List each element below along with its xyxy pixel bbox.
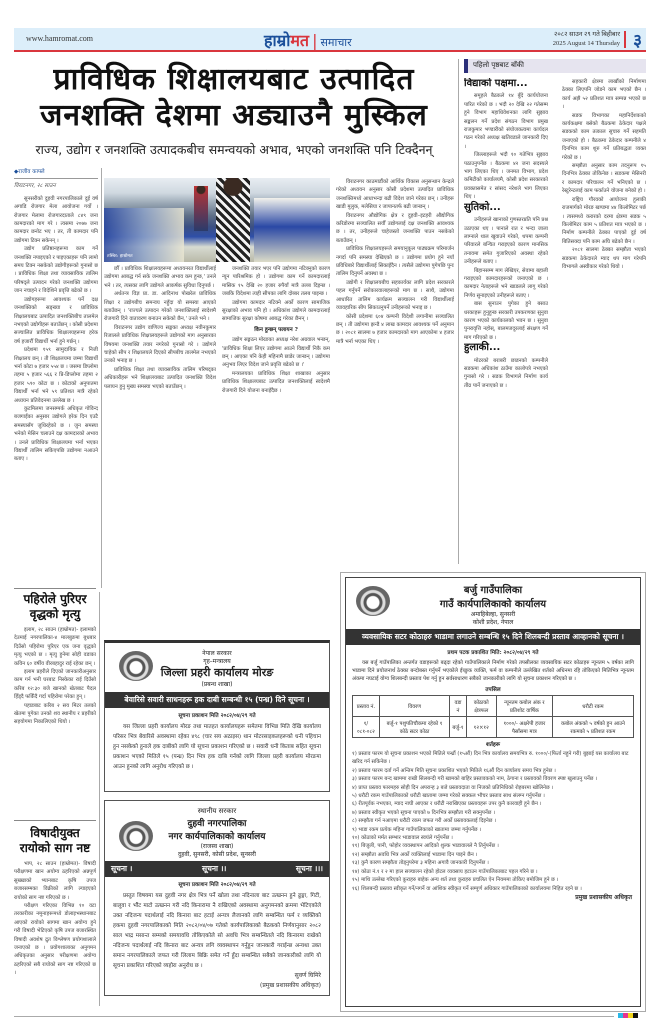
column-header: प्रस्ताव नं.	[353, 696, 380, 717]
paragraph: प्राविधिक शिक्षा तथा व्यावसायिक तालिम पर…	[104, 366, 216, 391]
newspaper-logo: हाम्रोमत|समाचार	[264, 29, 352, 51]
table-cell: बर्जु-१	[450, 717, 466, 738]
paragraph: सहकारी क्षेत्रमा लाखौंको निर्माणमा ठेक्क…	[562, 78, 646, 112]
paragraph: विराटनगर औद्योगिक क्षेत्र र दुहवी–इटहरी …	[336, 212, 454, 246]
condition-item: ९) भाडा रकम प्रत्येक महिना गाउँपालिकाको …	[352, 826, 634, 834]
lead-story-column-1: राजीव काफ्ले विराटनगर, २८ साउन सुनसरीको …	[14, 168, 98, 588]
jump-story-title: सुतिको...	[464, 204, 548, 212]
table-row: १/ ०८१-०८२ बर्जु-१ पशुपतिचौकमा रहेको १ क…	[353, 717, 634, 738]
issuer-address: दुहवी, सुनसरी, कोसी प्रदेश, सुनसरी	[105, 850, 329, 858]
paragraph: सडक विभागका महानिर्देशकको कार्यकक्षमा बस…	[562, 112, 646, 162]
print-registration-mark-black	[633, 1013, 638, 1018]
paragraph: उद्योगमा कामदार नटिक्ने अर्को कारण सामाज…	[222, 299, 330, 324]
paragraph: जिल्लाहरूले भदौ १० गतेभित्र सुझाव पठाउनु…	[464, 151, 548, 201]
notice-label: सूचना ।।	[202, 864, 226, 874]
paragraph: परीक्षण गरिएका विभिन्न १० वटा तरकारीका न…	[14, 902, 96, 978]
paragraph: उद्योगी र शिक्षालयबीच सहकार्यका लागि प्र…	[336, 279, 454, 313]
paragraph: उनीहरूले खानाको गुणस्तरप्रति पनि प्रश्न …	[464, 216, 548, 266]
notice-header: बर्जु गाउँपालिका गाउँ कार्यपालिकाको कार्…	[346, 582, 640, 626]
condition-item: ५) धरौटी रकम गाउँपालिकाको धरौटी खातामा ज…	[352, 792, 634, 800]
condition-item: १०) कोठाको मर्मत सम्भार भाडावाल स्वयंले …	[352, 834, 634, 842]
column-header: वडा नं	[450, 696, 466, 717]
notice-body: यस बर्जु गाउँपालिका अन्तर्गत वडाहरूको बढ…	[346, 659, 640, 683]
column-header: न्यूनतम कबोल अंक र प्रतिशोट वार्षिक	[496, 696, 552, 717]
worker-figure-background	[194, 186, 208, 231]
lead-story-column-2: छौँ । प्राविधिक शिक्षालयहरूमा अध्ययनरत व…	[104, 265, 216, 565]
brief-title: विषादीयुक्त रायोको साग नष्ट	[14, 826, 96, 856]
logo-separator: |	[312, 31, 317, 50]
condition-item: १६) शिलबन्दी प्रस्ताव स्वीकृत गर्ने/नगर्…	[352, 885, 634, 893]
lead-photo-factory-workers: तस्बिर: हाम्रोमत	[104, 178, 330, 262]
publication-date: सूचना प्रकाशन मिति २०८२/०४/२९ गते	[105, 711, 329, 719]
barju-rural-municipality-notice: बर्जु गाउँपालिका गाउँ कार्यपालिकाको कार्…	[340, 572, 646, 1012]
logo-part-1: हाम्रो	[264, 31, 290, 50]
footer-rule	[14, 1016, 614, 1017]
date-english: 2025 August 14 Thursday	[553, 39, 620, 48]
headline-line-2: जनशक्ति देशमा अड्याउनै मुस्किल	[14, 98, 454, 134]
section-label: पहिलो पृष्ठबाट बाँकी	[473, 61, 524, 70]
condition-item: ११) बिजुली, पानी, फोहोर व्यवस्थापन आदिको…	[352, 842, 634, 850]
nepal-emblem-icon	[356, 586, 390, 616]
table-caption: तपसिल	[346, 685, 640, 693]
lead-story-column-3: जनशक्ति तयार भएर पनि उद्योगमा नटिक्नुको …	[222, 265, 330, 565]
paragraph: राष्ट्रिय गौरवको आयोजना हुलाकी राजमार्गक…	[562, 196, 646, 246]
paragraph: २०८१ सालमा ठेक्का सम्झौता भएको सडकमा ठेक…	[562, 246, 646, 271]
column-divider	[99, 592, 100, 1006]
paragraph: कुटमिलमा जनसम्पर्क अधिकृत गोविन्द बजगाईं…	[14, 405, 98, 464]
paragraph: विराटनगर काठमाडौंको आर्थिक विकास अनुसन्ध…	[336, 178, 454, 212]
paragraph: इलाम प्रहरीले दिएको जानकारीअनुसार काम गर…	[14, 668, 96, 702]
condition-item: १३) कुनै कारण सम्झौता तोड्नुपरेमा ३ महिन…	[352, 859, 634, 867]
paragraph: सुनसरीको दुहवी नगरपालिकाले दुई वर्ष अगाड…	[14, 195, 98, 245]
police-notice: नेपाल सरकार गृह–मन्त्रालय जिल्ला प्रहरी …	[104, 640, 330, 792]
shutter-rooms-table: प्रस्ताव नं. विवरण वडा नं कोठाको क्षेत्र…	[352, 695, 634, 738]
section-name: समाचार	[320, 36, 351, 49]
condition-item: ४) प्राप्त प्रस्ताव फारमहरु सोही दिन अपर…	[352, 784, 634, 792]
section-divider	[14, 588, 96, 589]
paragraph: कोसी प्रदेशमा ६०४ कम्पनी विदेशी लगानीमा …	[336, 313, 454, 347]
table-cell: कबोल अंकको ५ वर्षको हुन आउने रकमको ५ प्र…	[552, 717, 633, 738]
signatory-title: प्रमुख प्रशासकीय अधिकृत	[346, 893, 640, 903]
issuer-line: स्थानीय सरकार	[105, 807, 329, 816]
condition-item: ७) प्रस्ताव स्वीकृत भएको सूचना पाएको ७ द…	[352, 809, 634, 817]
lead-subheadline: राज्य, उद्योग र जनशक्ति उत्पादकबीच समन्व…	[14, 141, 454, 158]
condition-item: १५) माथि उल्लेख गरिएको कुराहरु बाहेक अन्…	[352, 876, 634, 884]
notice-body: यस जिल्ला प्रहरी कार्यालय मोरङ तथा मातहत…	[105, 722, 329, 772]
paragraph: उद्योगहरूमा आवश्यक पर्ने दक्ष जनशक्तिको …	[14, 296, 98, 346]
worker-figure-foreground	[216, 178, 250, 262]
issuer-name: बर्जु गाउँपालिका	[346, 582, 640, 596]
paragraph: भाप, २८ साउन (हाम्रोमत)- विषादी परीक्षणम…	[14, 860, 96, 902]
nepal-emblem-icon	[119, 821, 153, 851]
paragraph: मन्त्रालयका प्राविधिक शिक्षा शाखाका अनुस…	[222, 370, 330, 395]
table-cell: १२×१२	[466, 717, 496, 738]
paragraph: छौँ । प्राविधिक शिक्षालयहरूमा अध्ययनरत व…	[104, 265, 216, 290]
table-header-row: प्रस्ताव नं. विवरण वडा नं कोठाको क्षेत्र…	[353, 696, 634, 717]
column-header: विवरण	[379, 696, 449, 717]
paragraph: बिहानसम्म माग लेखिएर, सेवामा बहाली गराइए…	[464, 267, 548, 301]
section-divider	[14, 820, 96, 821]
condition-item: ३) प्रस्ताव फारम बन्द खाममा राखी सिलबन्द…	[352, 775, 634, 783]
jump-story-title: हुलाकी...	[464, 344, 548, 352]
notice-frame: बर्जु गाउँपालिका गाउँ कार्यपालिकाको कार्…	[345, 577, 641, 1007]
byline: राजीव काफ्ले	[14, 168, 98, 179]
date-nepali: २०८२ साउन २९ गते बिहीबार	[553, 30, 620, 39]
condition-item: ८) सम्झौता गर्न नआएमा धरौटी रकम जफत गरी …	[352, 817, 634, 825]
signature-block: सुवर्ण घिमिरे (प्रमुख प्रशासकीय अधिकृत)	[105, 971, 329, 991]
brief-pesticide-greens: विषादीयुक्त रायोको साग नष्ट भाप, २८ साउन…	[14, 826, 96, 1006]
notice-title-band: व्यवसायिक सटर कोठाहरु भाडामा लगाउने सम्ब…	[346, 629, 640, 645]
condition-item: १२) सम्झौता अवधि भित्र अर्को व्यक्तिलाई …	[352, 851, 634, 859]
brief-title: पहिरोले पुरिएर वृद्धको मृत्यु	[14, 592, 96, 622]
conditions-title: शर्तहरू	[346, 740, 640, 748]
paragraph: मोटरको बराबरी छाडनको कम्पनीले सडकमा अधिक…	[464, 357, 548, 391]
issuer-address: अमाहिबेल्हा, सुनसरी	[346, 610, 640, 618]
jump-story-title: विद्याको पक्षमा...	[464, 80, 548, 88]
paragraph: बास सुनाउन पुगेका हुने बसाउ धरकाहरू हुनु…	[464, 300, 548, 342]
nepal-emblem-icon	[119, 651, 153, 681]
lead-headline: प्राविधिक शिक्षालयबाट उत्पादित जनशक्ति द…	[14, 62, 454, 134]
notice-body: प्रस्तुत विषयमा यस दुहवी नगर क्षेत्र भित…	[105, 891, 329, 971]
paragraph: प्राविधिक शिक्षालयहरूले समयानुकूल पाठ्यक…	[336, 245, 454, 279]
condition-item: ६) रीतपूर्वक नभएका, म्याद नाघी आएका र धर…	[352, 800, 634, 808]
paragraph: विराटनगर उद्योग वाणिज्य सङ्घका अध्यक्ष न…	[104, 324, 216, 366]
condition-item: २) प्रस्ताव फारम दर्ता गर्ने अन्तिम मिति…	[352, 767, 634, 775]
issue-date: २०८२ साउन २९ गते बिहीबार 2025 August 14 …	[553, 30, 620, 48]
condition-item: १) प्रस्ताव फारम यो सूचना प्रकाशन भएको म…	[352, 750, 634, 767]
issuer-branch: (प्रबन्ध शाखा)	[105, 680, 329, 688]
photo-credit: तस्बिर: हाम्रोमत	[107, 253, 133, 259]
column-header: कोठाको क्षेत्रफल	[466, 696, 496, 717]
paragraph: इलाम, २८ साउन (हाम्रोमत)- इलामको देउमाई …	[14, 626, 96, 668]
headline-line-1: प्राविधिक शिक्षालयबाट उत्पादित	[14, 62, 454, 98]
table-cell: १/ ०८१-०८२	[353, 717, 380, 738]
paragraph: उद्योग सङ्गठन मोरङका अध्यक्ष नरेश अग्रवा…	[222, 336, 330, 370]
column-divider	[458, 59, 459, 564]
duhabi-municipality-notice: स्थानीय सरकार दुहवी नगरपालिका नगर कार्यप…	[104, 800, 330, 996]
notice-title-band: बेवारिसे सवारी साधनहरू हक दाबी सम्बन्धी …	[105, 692, 329, 708]
publication-date: सूचना प्रकाशन मिति २०८२/०४/२९ गते	[105, 880, 329, 888]
logo-part-2: मत	[290, 31, 309, 50]
issuer-office: गाउँ कार्यपालिकाको कार्यालय	[346, 596, 640, 610]
notice-title-band: सूचना । सूचना ।। सूचना ।।।	[105, 861, 329, 877]
conditions-list: १) प्रस्ताव फारम यो सूचना प्रकाशन भएको म…	[346, 750, 640, 893]
table-cell: १०००/- अक्षरेपी हजार पैसाँसमा मात्र	[496, 717, 552, 738]
jump-column-2: सहकारी क्षेत्रमा लाखौंको निर्माणमा ठेक्क…	[562, 78, 646, 548]
column-header: धरौटी रकम	[552, 696, 633, 717]
paragraph: जनशक्ति तयार भएर पनि उद्योगमा नटिक्नुको …	[222, 265, 330, 299]
brief-landslide: पहिरोले पुरिएर वृद्धको मृत्यु इलाम, २८ स…	[14, 592, 96, 812]
page-number: ३	[633, 28, 642, 51]
issuer-province: कोशी प्रदेश, नेपाल	[346, 618, 640, 626]
condition-item: १४) कोठा नं.१ र २ मा हाल सञ्चालन रहेको ह…	[352, 868, 634, 876]
jump-column-1: विद्याको पक्षमा... समूहले बैठकले १४ बुँद…	[464, 78, 548, 548]
spinning-machine-right	[254, 198, 330, 262]
signatory-title: (प्रमुख प्रशासकीय अधिकृत)	[105, 981, 321, 991]
paragraph: उद्योग प्रतिष्ठानहरूमा काम गर्ने जनशक्ति…	[14, 245, 98, 295]
paragraph: सम्झौता अनुसार काम तदनुरूप १५ दिनभित्र ठ…	[562, 162, 646, 196]
notice-label: सूचना ।।।	[296, 864, 323, 874]
dateline: विराटनगर, २८ साउन	[14, 182, 98, 190]
lead-story-column-4: विराटनगर काठमाडौंको आर्थिक विकास अनुसन्ध…	[336, 178, 454, 568]
paragraph: समूहले बैठकले १४ बुँदे कार्ययोजना पारित …	[464, 92, 548, 151]
label-accent-bar	[464, 59, 468, 73]
signatory-name: सुवर्ण घिमिरे	[105, 971, 321, 981]
page-header: www.hamromat.com हाम्रोमत|समाचार २०८२ सा…	[14, 28, 646, 52]
paragraph: पहाडबाट करिब २ सय मिटर तलको खेतमा पुगेका…	[14, 702, 96, 727]
publication-date: प्रथम पटक प्रकाशित मिति: २०८२/०४/२९ गते	[346, 648, 640, 656]
paragraph: अर्थतन्त्र विज्ञ प्रा. डा. आदिनाथ पोखरेल…	[104, 290, 216, 324]
page-number-divider	[624, 31, 626, 48]
notice-label: सूचना ।	[111, 864, 132, 874]
paragraph: प्रदेशमा १५९ सामुदायिक र निजी शिक्षालय छ…	[14, 346, 98, 405]
table-cell: बर्जु-१ पशुपतिचौकमा रहेको १ कोठे सटर कोठ…	[379, 717, 449, 738]
inline-subheading: किन हुन्छन् पलायन ?	[222, 326, 330, 334]
site-url[interactable]: www.hamromat.com	[26, 34, 93, 43]
continued-from-front-page-label: पहिलो पृष्ठबाट बाँकी	[464, 59, 646, 73]
column-divider	[101, 168, 102, 588]
